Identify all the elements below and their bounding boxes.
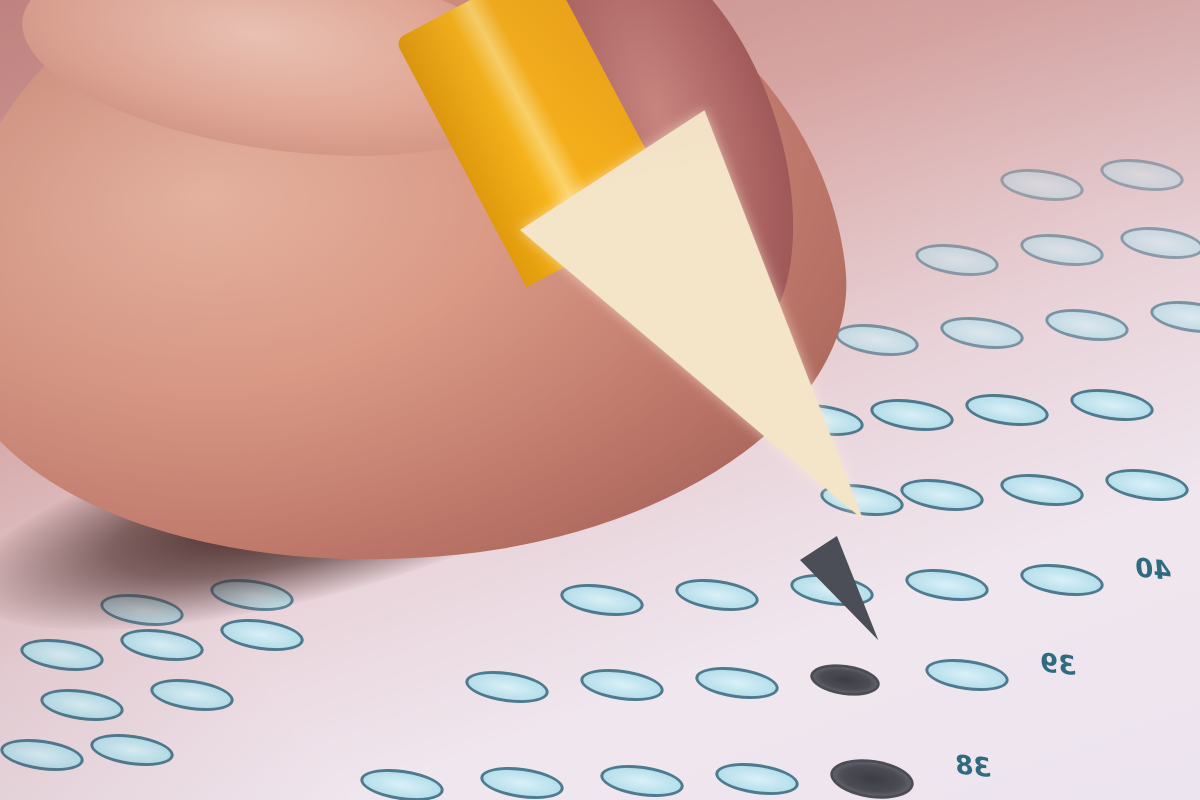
- question-number: 38: [954, 750, 993, 784]
- answer-bubble: [478, 762, 565, 800]
- answer-bubble-filled: [828, 754, 916, 800]
- answer-bubble: [693, 662, 780, 703]
- answer-bubble-filled: [808, 660, 881, 699]
- answer-bubble: [118, 624, 205, 665]
- answer-bubble: [1043, 304, 1130, 345]
- answer-bubble: [1018, 229, 1105, 270]
- answer-bubble: [713, 758, 800, 799]
- answer-bubble: [1118, 222, 1200, 263]
- question-number: 40: [1134, 553, 1173, 587]
- answer-bubble: [218, 614, 305, 655]
- question-number: 39: [1039, 648, 1078, 682]
- answer-bubble: [463, 666, 550, 707]
- answer-bubble: [1103, 464, 1190, 505]
- answer-bubble: [88, 729, 175, 770]
- answer-bubble: [0, 734, 86, 775]
- answer-bubble: [148, 674, 235, 715]
- answer-bubble: [1098, 154, 1185, 195]
- answer-bubble: [923, 654, 1010, 695]
- answer-bubble: [903, 564, 990, 605]
- answer-bubble: [598, 760, 685, 800]
- answer-bubble: [1148, 296, 1200, 337]
- answer-bubble: [913, 239, 1000, 280]
- answer-bubble: [963, 389, 1050, 430]
- answer-bubble: [578, 664, 665, 705]
- photo-scene: 40 39 38: [0, 0, 1200, 800]
- answer-bubble: [998, 164, 1085, 205]
- answer-bubble: [38, 684, 125, 725]
- answer-bubble: [558, 579, 645, 620]
- answer-bubble: [358, 764, 445, 800]
- answer-bubble: [1068, 384, 1155, 425]
- answer-bubble: [1018, 559, 1105, 600]
- answer-bubble: [938, 312, 1025, 353]
- answer-bubble: [18, 634, 105, 675]
- answer-bubble: [998, 469, 1085, 510]
